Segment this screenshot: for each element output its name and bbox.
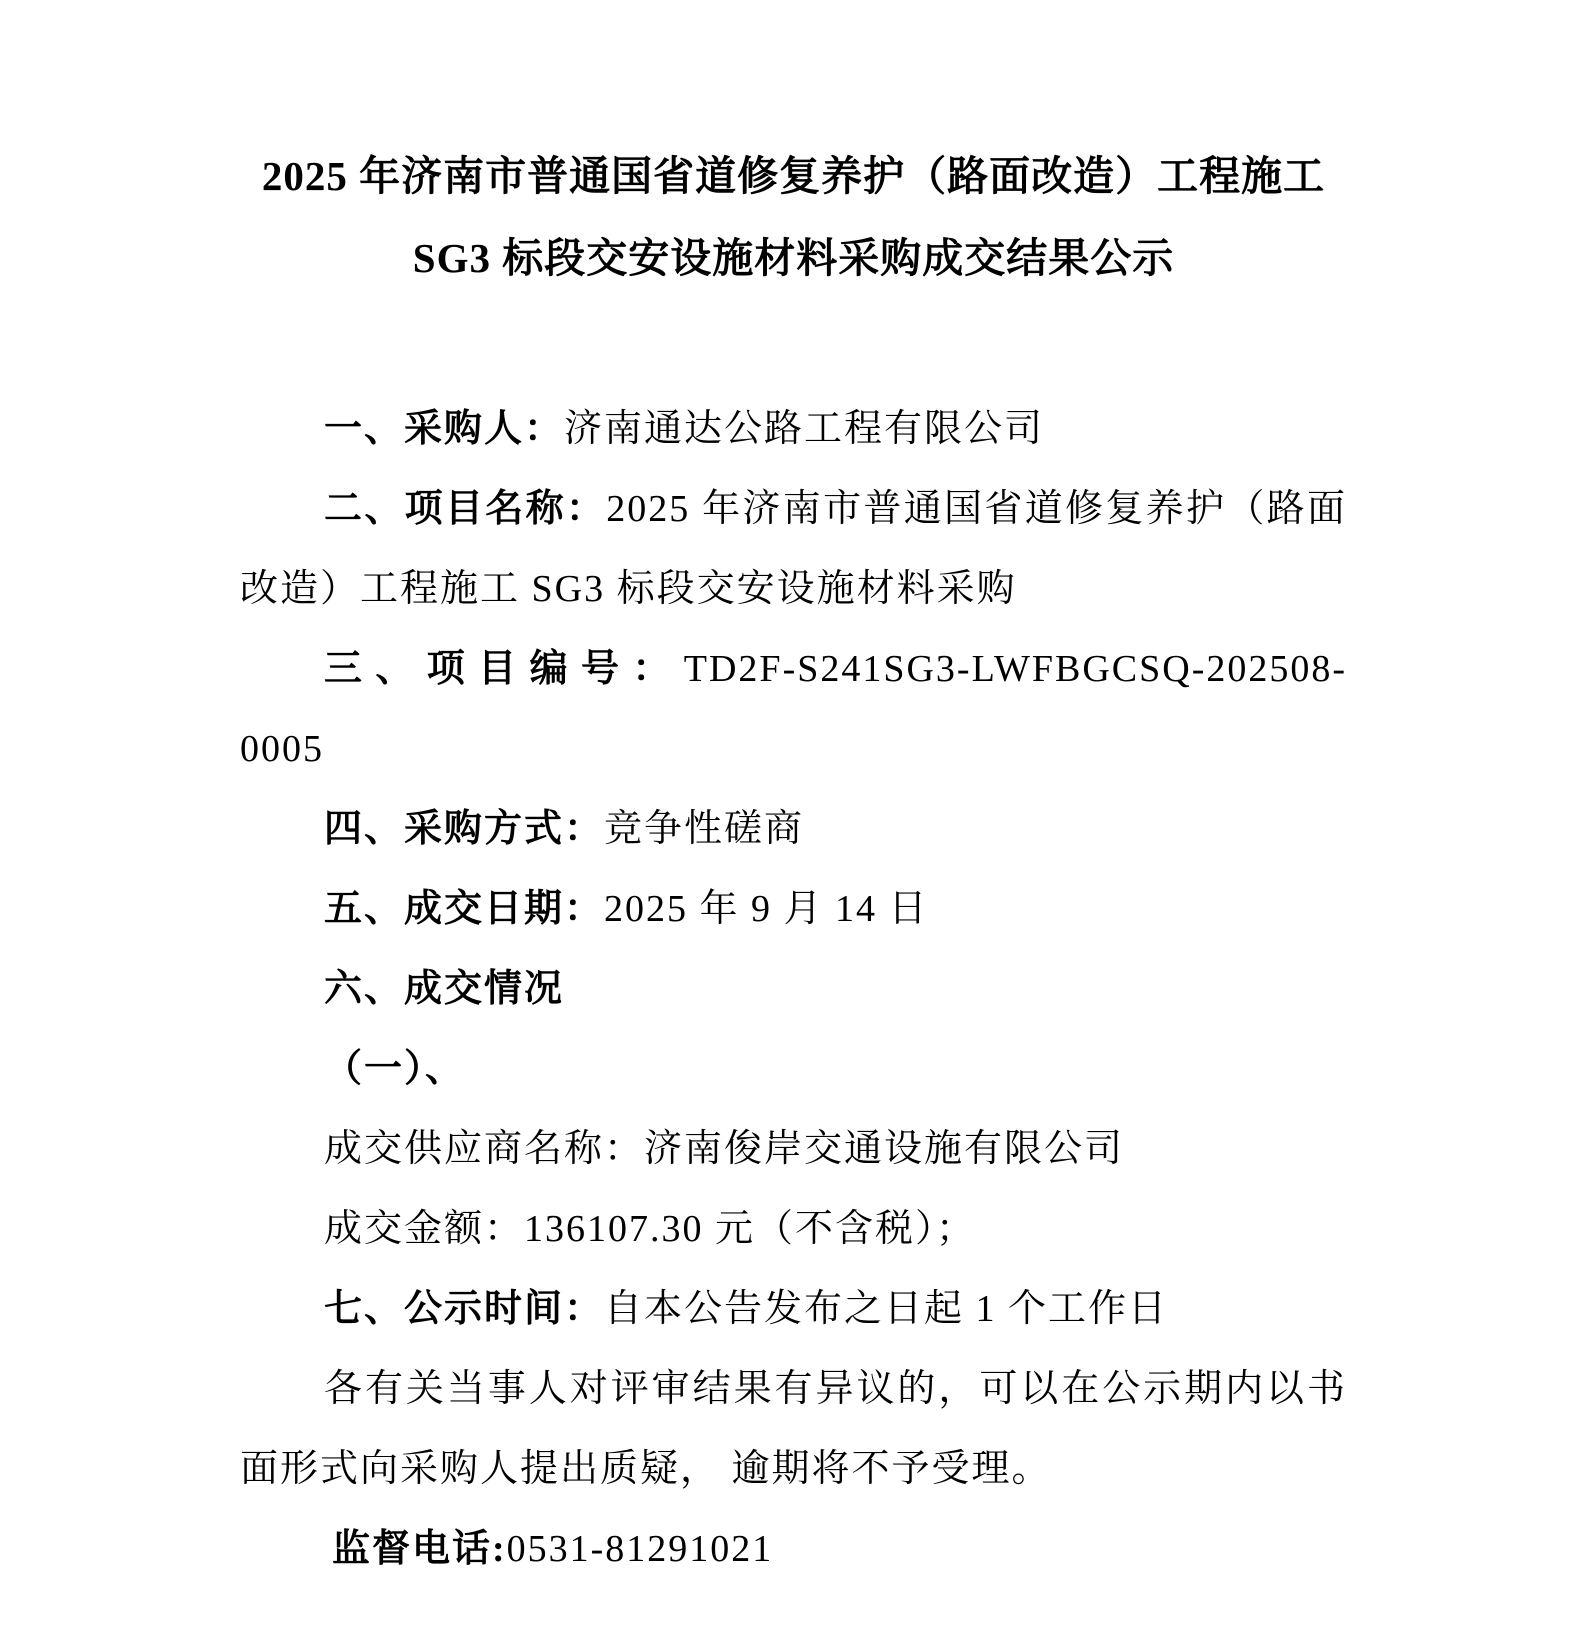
paragraph-procurement-method: 四、采购方式：竞争性磋商 xyxy=(240,789,1347,869)
paragraph-supplier-name: 成交供应商名称：济南俊岸交通设施有限公司 xyxy=(240,1109,1347,1189)
paragraph-supervision-phone: 监督电话:0531-81291021 xyxy=(240,1509,1347,1589)
paragraph-award-amount: 成交金额：136107.30 元（不含税）； xyxy=(240,1189,1347,1269)
paragraph-supervision-phone-text: 0531-81291021 xyxy=(507,1528,774,1570)
paragraph-project-number-label: 三、项目编号： xyxy=(324,648,684,690)
paragraph-project-name: 二、项目名称：2025 年济南市普通国省道修复养护（路面改造）工程施工 SG3 … xyxy=(240,469,1347,629)
paragraph-procurement-method-text: 竞争性磋商 xyxy=(604,808,804,850)
paragraph-purchaser-label: 一、采购人： xyxy=(324,408,564,450)
paragraph-supplier-name-text: 成交供应商名称：济南俊岸交通设施有限公司 xyxy=(324,1128,1124,1170)
paragraph-procurement-method-label: 四、采购方式： xyxy=(324,808,604,850)
paragraph-project-name-label: 二、项目名称： xyxy=(324,488,606,530)
paragraph-award-date: 五、成交日期：2025 年 9 月 14 日 xyxy=(240,869,1347,949)
paragraph-purchaser: 一、采购人：济南通达公路工程有限公司 xyxy=(240,389,1347,469)
paragraph-publicity-period-text: 自本公告发布之日起 1 个工作日 xyxy=(604,1288,1168,1330)
paragraph-project-number: 三、项目编号：TD2F-S241SG3-LWFBGCSQ-202508-0005 xyxy=(240,629,1347,789)
paragraph-publicity-period-label: 七、公示时间： xyxy=(324,1288,604,1330)
paragraph-item-one-label: （一）、 xyxy=(324,1048,465,1090)
document-page: 2025 年济南市普通国省道修复养护（路面改造）工程施工 SG3 标段交安设施材… xyxy=(0,0,1587,1649)
paragraph-supervision-phone-label: 监督电话: xyxy=(332,1528,507,1570)
paragraph-objection-notice-text: 各有关当事人对评审结果有异议的，可以在公示期内以书面形式向采购人提出质疑， 逾期… xyxy=(240,1368,1347,1490)
paragraph-purchaser-text: 济南通达公路工程有限公司 xyxy=(564,408,1044,450)
document-body: 一、采购人：济南通达公路工程有限公司 二、项目名称：2025 年济南市普通国省道… xyxy=(240,389,1347,1589)
document-title: 2025 年济南市普通国省道修复养护（路面改造）工程施工 SG3 标段交安设施材… xyxy=(240,135,1347,299)
paragraph-objection-notice: 各有关当事人对评审结果有异议的，可以在公示期内以书面形式向采购人提出质疑， 逾期… xyxy=(240,1349,1347,1509)
title-line-2: SG3 标段交安设施材料采购成交结果公示 xyxy=(240,217,1347,299)
paragraph-award-date-text: 2025 年 9 月 14 日 xyxy=(604,888,929,930)
paragraph-award-date-label: 五、成交日期： xyxy=(324,888,604,930)
paragraph-publicity-period: 七、公示时间：自本公告发布之日起 1 个工作日 xyxy=(240,1269,1347,1349)
paragraph-award-status-heading: 六、成交情况 xyxy=(240,949,1347,1029)
paragraph-item-one: （一）、 xyxy=(240,1029,1347,1109)
paragraph-award-amount-text: 成交金额：136107.30 元（不含税）； xyxy=(324,1208,976,1250)
title-line-1: 2025 年济南市普通国省道修复养护（路面改造）工程施工 xyxy=(240,135,1347,217)
paragraph-award-status-heading-label: 六、成交情况 xyxy=(324,968,564,1010)
